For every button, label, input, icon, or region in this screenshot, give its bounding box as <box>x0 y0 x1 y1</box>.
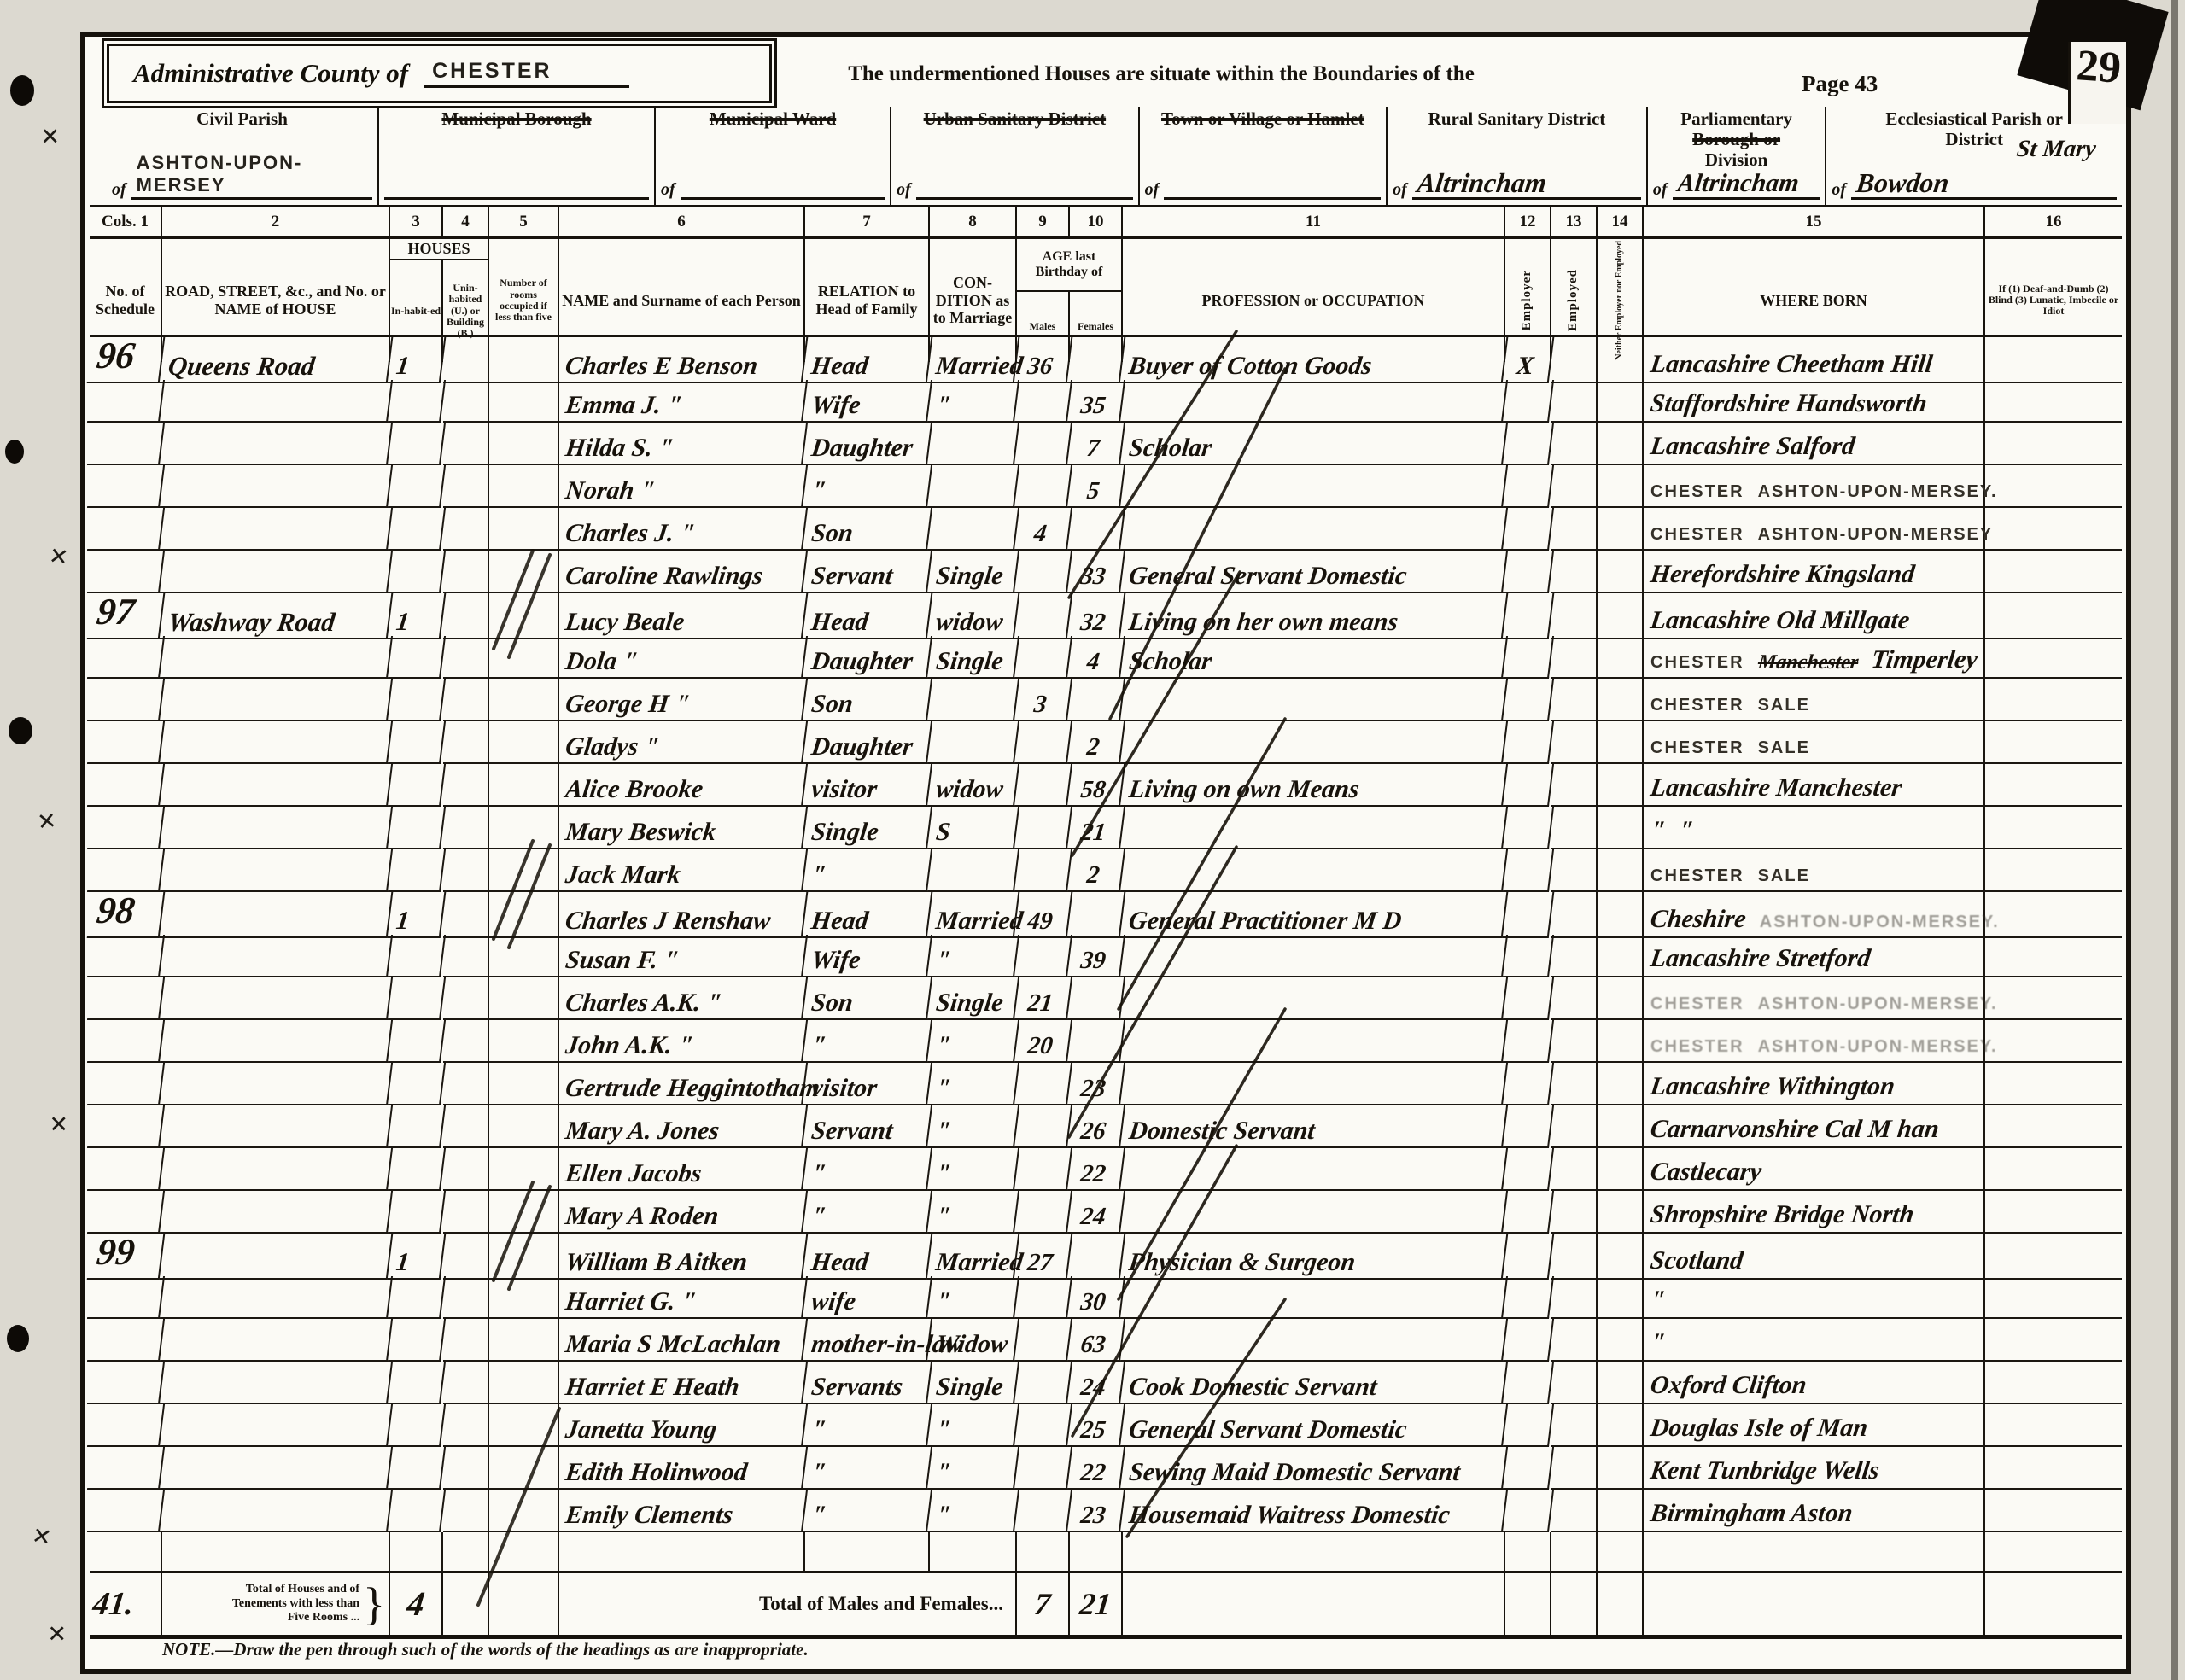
cell-condition: Single <box>927 636 1019 679</box>
cell-where-born: CHESTERASHTON-UPON-MERSEY <box>1644 508 1985 551</box>
cell-occupation: Physician & Surgeon <box>1120 1234 1509 1280</box>
administrative-county-box: Administrative County of CHESTER <box>107 44 772 103</box>
cell-occupation <box>1120 679 1508 721</box>
cell-person-name: Charles E Benson <box>557 337 809 383</box>
cell-inhabited <box>388 423 446 465</box>
cell-age-female <box>1067 1234 1126 1280</box>
cell-infirmities <box>1985 1105 2122 1148</box>
cell-condition: Widow <box>927 1319 1019 1362</box>
table-row: Jack Mark " 2 CHESTERSALE <box>90 849 2122 892</box>
cell-where-born: Lancashire Stretford <box>1644 935 1985 977</box>
ecclesiastical-value: Bowdon <box>1855 169 1950 196</box>
cell-infirmities <box>1985 721 2122 764</box>
cell-schedule-number <box>87 764 165 807</box>
cell-employed <box>1551 1191 1598 1234</box>
cell-relation: " <box>803 1490 932 1532</box>
cell-inhabited <box>388 679 446 721</box>
cell-condition: " <box>927 1148 1019 1191</box>
district-label: Municipal Borough <box>384 108 649 129</box>
cell-neither <box>1598 1234 1644 1280</box>
cell-occupation: General Servant Domestic <box>1120 551 1508 593</box>
cell-schedule-number: 99 <box>87 1234 166 1280</box>
cell-rooms <box>489 423 559 465</box>
cell-rooms <box>489 1191 559 1234</box>
cell-person-name: Charles J. " <box>557 508 808 551</box>
cell-age-male: 49 <box>1014 892 1073 938</box>
cell-inhabited: 1 <box>388 337 447 383</box>
cell-relation: " <box>803 1191 932 1234</box>
cell-employed <box>1551 892 1598 938</box>
cell-inhabited: 1 <box>388 1234 447 1280</box>
cell-where-born: Douglas Isle of Man <box>1644 1404 1985 1447</box>
cell-uninhabited <box>443 1105 489 1148</box>
brace-glyph: } <box>363 1578 385 1630</box>
cell-uninhabited <box>443 1319 489 1362</box>
cell-neither <box>1598 679 1644 721</box>
administrative-county-label: Administrative County of <box>133 58 408 89</box>
cell-age-male <box>1014 593 1073 639</box>
census-table: Cols. 123 456 789 101112 131415 16 No. o… <box>90 205 2122 1639</box>
cell-neither <box>1598 1148 1644 1191</box>
cell-condition <box>927 465 1019 508</box>
cell-person-name: William B Aitken <box>557 1234 809 1280</box>
cell-road-name <box>160 849 393 892</box>
cell-neither <box>1598 721 1644 764</box>
cell-neither <box>1598 1319 1644 1362</box>
males-total: 7 <box>1033 1589 1052 1619</box>
cell-person-name: Edith Holinwood <box>557 1447 808 1490</box>
cell-employer-mark <box>1503 764 1554 807</box>
cell-age-male <box>1014 935 1072 977</box>
cell-employed <box>1551 508 1598 551</box>
cell-road-name <box>160 1319 393 1362</box>
table-row: Janetta Young " " 25 General Servant Dom… <box>90 1404 2122 1447</box>
cell-inhabited <box>388 1020 446 1063</box>
cell-uninhabited <box>443 1234 489 1280</box>
cell-employed <box>1551 721 1598 764</box>
cell-where-born: CHESTERSALE <box>1644 849 1985 892</box>
cell-occupation <box>1120 508 1508 551</box>
cell-rooms <box>489 1020 559 1063</box>
pencil-x-mark: × <box>48 1615 67 1653</box>
cell-employer-mark <box>1503 1191 1554 1234</box>
table-row: Norah " " 5 CHESTERASHTON-UPON-MERSEY. <box>90 465 2122 508</box>
cell-age-female <box>1067 977 1125 1020</box>
cell-uninhabited <box>443 1362 489 1404</box>
totals-row: 41. Total of Houses and of Tenements wit… <box>90 1573 2122 1639</box>
cell-age-female: 23 <box>1067 1490 1125 1532</box>
born-hand-segment: Lancashire Manchester <box>1649 775 1903 801</box>
cell-road-name: Washway Road <box>160 593 394 639</box>
cell-age-male <box>1014 1319 1072 1362</box>
cell-person-name: Harriet E Heath <box>557 1362 808 1404</box>
cell-condition <box>927 849 1019 892</box>
cell-employed <box>1551 977 1598 1020</box>
cell-rooms <box>489 1148 559 1191</box>
cell-employer-mark <box>1503 892 1555 938</box>
cell-neither <box>1598 1191 1644 1234</box>
cell-rooms <box>489 1319 559 1362</box>
born-hand-segment: Herefordshire Kingsland <box>1649 562 1916 587</box>
cell-employer-mark <box>1503 1404 1554 1447</box>
cell-age-female: 39 <box>1067 935 1125 977</box>
cell-employed <box>1551 807 1598 849</box>
table-row: 98 1 Charles J Renshaw Head Married 49 G… <box>90 892 2122 935</box>
cell-relation: Head <box>803 1234 933 1280</box>
cell-relation: Daughter <box>803 636 932 679</box>
district-header-band: Civil Parish of ASHTON-UPON-MERSEY Munic… <box>107 107 2122 205</box>
cell-relation: visitor <box>803 1063 932 1105</box>
cell-person-name: Mary A Roden <box>557 1191 808 1234</box>
cell-rooms <box>489 465 559 508</box>
cell-infirmities <box>1985 1362 2122 1404</box>
district-rural-sanitary: Rural Sanitary District of Altrincham <box>1388 107 1648 205</box>
table-row: Maria S McLachlan mother-in-law Widow 63… <box>90 1319 2122 1362</box>
cell-inhabited <box>388 1063 446 1105</box>
born-hand-segment: Lancashire Salford <box>1649 434 1856 459</box>
cell-relation: Wife <box>803 935 932 977</box>
cell-where-born: CHESTERASHTON-UPON-MERSEY. <box>1644 1020 1985 1063</box>
cell-age-female <box>1067 337 1126 383</box>
left-tally-mark: 41. <box>91 1588 136 1620</box>
cell-relation: Daughter <box>803 423 932 465</box>
footer-note: NOTE.—Draw the pen through such of the w… <box>162 1639 809 1660</box>
born-hand-segment: Lancashire Cheetham Hill <box>1649 352 1934 377</box>
cell-employed <box>1551 1404 1598 1447</box>
cell-employed <box>1551 1234 1598 1280</box>
cell-rooms <box>489 679 559 721</box>
cell-schedule-number <box>87 679 165 721</box>
cell-road-name <box>160 1490 393 1532</box>
cell-employed <box>1551 1148 1598 1191</box>
cell-infirmities <box>1985 337 2122 383</box>
born-hand-segment: Kent Tunbridge Wells <box>1649 1458 1881 1484</box>
cell-rooms <box>489 764 559 807</box>
cell-inhabited <box>388 380 446 423</box>
born-hand-segment: Shropshire Bridge North <box>1649 1202 1915 1228</box>
rural-sanitary-value: Altrincham <box>1416 169 1548 196</box>
cell-neither <box>1598 423 1644 465</box>
cell-uninhabited <box>443 935 489 977</box>
cell-neither <box>1598 1105 1644 1148</box>
cell-person-name: John A.K. " <box>557 1020 808 1063</box>
cell-age-male: 4 <box>1014 508 1072 551</box>
born-hand-segment: Timperley <box>1870 647 1979 673</box>
cell-uninhabited <box>443 593 489 639</box>
cell-age-female: 23 <box>1067 1063 1125 1105</box>
district-label: Civil Parish <box>112 108 372 129</box>
born-stamp-segment: CHESTER <box>1650 525 1744 545</box>
table-row: 96 Queens Road 1 Charles E Benson Head M… <box>90 337 2122 380</box>
district-label: Municipal Ward <box>661 108 885 129</box>
cell-age-male <box>1014 1191 1072 1234</box>
cell-occupation: Cook Domestic Servant <box>1120 1362 1508 1404</box>
cell-age-male <box>1014 380 1072 423</box>
cell-schedule-number <box>87 465 165 508</box>
cell-where-born: " <box>1644 1319 1985 1362</box>
cell-age-male: 21 <box>1014 977 1072 1020</box>
cell-where-born: Oxford Clifton <box>1644 1362 1985 1404</box>
born-stamp-segment: SALE <box>1758 696 1810 715</box>
cell-condition: Single <box>927 551 1019 593</box>
cell-road-name <box>160 1447 393 1490</box>
cell-road-name <box>160 1105 393 1148</box>
cell-infirmities <box>1985 764 2122 807</box>
cell-relation: Servants <box>803 1362 932 1404</box>
cell-neither <box>1598 935 1644 977</box>
born-hand-segment: Birmingham Aston <box>1649 1501 1854 1526</box>
cell-schedule-number: 97 <box>87 593 166 639</box>
born-hand-segment: Lancashire Withington <box>1649 1074 1896 1100</box>
cell-infirmities <box>1985 892 2122 938</box>
cell-occupation <box>1120 1319 1508 1362</box>
houses-total-value: 4 <box>406 1587 427 1621</box>
cell-infirmities <box>1985 380 2122 423</box>
of-word: of <box>661 180 675 200</box>
born-hand-segment: " <box>1677 818 1694 843</box>
cell-person-name: Mary Beswick <box>557 807 808 849</box>
pencil-x-mark: × <box>36 802 58 841</box>
cell-infirmities <box>1985 593 2122 639</box>
table-row: John A.K. " " " 20 CHESTERASHTON-UPON-ME… <box>90 1020 2122 1063</box>
cell-where-born: Lancashire Old Millgate <box>1644 593 1985 639</box>
cell-neither <box>1598 1490 1644 1532</box>
cell-condition: widow <box>927 764 1019 807</box>
cell-infirmities <box>1985 1234 2122 1280</box>
cell-age-female: 26 <box>1067 1105 1125 1148</box>
cell-employed <box>1551 1362 1598 1404</box>
cell-inhabited <box>388 849 446 892</box>
cell-inhabited <box>388 935 446 977</box>
cell-uninhabited <box>443 1063 489 1105</box>
cell-road-name <box>160 1276 393 1319</box>
cell-occupation: Domestic Servant <box>1120 1105 1508 1148</box>
cell-schedule-number <box>87 807 165 849</box>
cell-inhabited <box>388 764 446 807</box>
cell-person-name: Emma J. " <box>557 380 808 423</box>
cell-occupation <box>1120 1063 1508 1105</box>
table-row: Edith Holinwood " " 22 Sewing Maid Domes… <box>90 1447 2122 1490</box>
cell-age-female: 22 <box>1067 1148 1125 1191</box>
cell-employed <box>1551 593 1598 639</box>
cell-age-female: 33 <box>1067 551 1125 593</box>
cell-rooms <box>489 892 559 938</box>
cell-occupation <box>1120 465 1508 508</box>
column-header-row: No. of Schedule ROAD, STREET, &c., and N… <box>90 239 2122 337</box>
cell-occupation <box>1120 807 1508 849</box>
cell-employer-mark <box>1503 977 1554 1020</box>
cell-rooms <box>489 1105 559 1148</box>
cell-infirmities <box>1985 1276 2122 1319</box>
cell-where-born: " <box>1644 1276 1985 1319</box>
cell-condition: widow <box>927 593 1020 639</box>
district-parliamentary: Parliamentary Borough orDivision of Altr… <box>1648 107 1826 205</box>
cell-infirmities <box>1985 977 2122 1020</box>
cell-schedule-number <box>87 849 165 892</box>
cell-person-name: Dola " <box>557 636 808 679</box>
cell-uninhabited <box>443 551 489 593</box>
cell-condition <box>927 679 1019 721</box>
born-stamp-segment: ASHTON-UPON-MERSEY. <box>1758 482 1998 502</box>
cell-where-born: Staffordshire Handsworth <box>1644 380 1985 423</box>
cell-road-name <box>160 1063 393 1105</box>
cell-road-name <box>160 1234 394 1280</box>
cell-employer-mark <box>1503 1105 1554 1148</box>
table-body: 96 Queens Road 1 Charles E Benson Head M… <box>90 337 2122 1532</box>
table-row: Mary A. Jones Servant " 26 Domestic Serv… <box>90 1105 2122 1148</box>
cell-road-name <box>160 423 393 465</box>
of-word: of <box>1145 180 1160 200</box>
born-stamp-segment: CHESTER <box>1650 482 1744 502</box>
cell-age-male <box>1014 1105 1072 1148</box>
cell-person-name: Alice Brooke <box>557 764 808 807</box>
district-label: Rural Sanitary District <box>1393 108 1641 129</box>
cell-schedule-number <box>87 1020 165 1063</box>
cell-road-name <box>160 1020 393 1063</box>
cell-schedule-number <box>87 1319 165 1362</box>
cell-where-born: CHESTERASHTON-UPON-MERSEY. <box>1644 977 1985 1020</box>
district-urban-sanitary: Urban Sanitary District of <box>891 107 1139 205</box>
parliamentary-value: Altrincham <box>1676 171 1800 196</box>
table-row: Gertrude Heggintotham visitor " 23 Lanca… <box>90 1063 2122 1105</box>
males-females-total-label: Total of Males and Females... <box>559 1573 1017 1635</box>
born-stamp-segment: ASHTON-UPON-MERSEY. <box>1758 995 1998 1014</box>
cell-schedule-number <box>87 1404 165 1447</box>
district-municipal-borough: Municipal Borough <box>379 107 656 205</box>
cell-person-name: Charles J Renshaw <box>557 892 809 938</box>
cell-infirmities <box>1985 1148 2122 1191</box>
cell-employed <box>1551 1276 1598 1319</box>
cell-schedule-number <box>87 636 165 679</box>
cell-occupation <box>1120 721 1508 764</box>
table-row: Mary A Roden " " 24 Shropshire Bridge No… <box>90 1191 2122 1234</box>
cell-employed <box>1551 849 1598 892</box>
cell-neither <box>1598 764 1644 807</box>
cell-age-female: 21 <box>1067 807 1125 849</box>
cell-age-male: 27 <box>1014 1234 1073 1280</box>
cell-employer-mark <box>1503 1447 1554 1490</box>
born-hand-segment: Douglas Isle of Man <box>1649 1415 1869 1441</box>
cell-age-male <box>1014 721 1072 764</box>
cell-road-name <box>160 1191 393 1234</box>
cell-employer-mark <box>1503 423 1554 465</box>
cell-schedule-number <box>87 423 165 465</box>
cell-age-female <box>1067 508 1125 551</box>
cell-employer-mark <box>1503 551 1554 593</box>
cell-employer-mark <box>1503 935 1554 977</box>
cell-person-name: Susan F. " <box>557 935 808 977</box>
cell-neither <box>1598 977 1644 1020</box>
born-hand-segment: " <box>1649 1287 1666 1313</box>
cell-relation: Servant <box>803 551 932 593</box>
cell-schedule-number <box>87 380 165 423</box>
census-page: Administrative County of CHESTER The und… <box>81 32 2130 1673</box>
cell-infirmities <box>1985 935 2122 977</box>
cell-employed <box>1551 1020 1598 1063</box>
cell-age-male <box>1014 423 1072 465</box>
cell-uninhabited <box>443 1276 489 1319</box>
cell-rooms <box>489 807 559 849</box>
cell-rooms <box>489 551 559 593</box>
cell-infirmities <box>1985 1319 2122 1362</box>
cell-infirmities <box>1985 508 2122 551</box>
cell-inhabited <box>388 636 446 679</box>
cell-inhabited <box>388 1404 446 1447</box>
cell-rooms <box>489 1404 559 1447</box>
cell-employer-mark <box>1503 849 1554 892</box>
cell-rooms <box>489 380 559 423</box>
born-hand-segment: Carnarvonshire Cal M han <box>1649 1117 1940 1142</box>
cell-inhabited <box>388 1362 446 1404</box>
cell-infirmities <box>1985 1404 2122 1447</box>
page-number: Page 43 <box>1802 71 1878 97</box>
cell-relation: Daughter <box>803 721 932 764</box>
born-stamp-segment: ASHTON-UPON-MERSEY. <box>1758 1037 1998 1057</box>
cell-infirmities <box>1985 465 2122 508</box>
cell-road-name <box>160 508 393 551</box>
cell-uninhabited <box>443 977 489 1020</box>
cell-relation: Head <box>803 593 933 639</box>
cell-occupation: General Practitioner M D <box>1120 892 1509 938</box>
cell-age-male <box>1014 1148 1072 1191</box>
cell-where-born: CHESTERSALE <box>1644 679 1985 721</box>
cell-inhabited <box>388 1105 446 1148</box>
cell-condition: " <box>927 1063 1019 1105</box>
cell-relation: " <box>803 465 932 508</box>
born-stamp-segment: SALE <box>1758 866 1810 886</box>
cell-neither <box>1598 465 1644 508</box>
cell-neither <box>1598 892 1644 938</box>
cell-road-name <box>160 807 393 849</box>
corner-stamp-number: 29 <box>2075 40 2123 93</box>
cell-rooms <box>489 636 559 679</box>
cell-road-name <box>160 977 393 1020</box>
cell-neither <box>1598 380 1644 423</box>
born-hand-segment: " <box>1649 1330 1666 1356</box>
of-word: of <box>1832 180 1846 200</box>
cell-person-name: Emily Clements <box>557 1490 808 1532</box>
cell-uninhabited <box>443 1020 489 1063</box>
cell-age-male <box>1014 764 1072 807</box>
cell-where-born: Castlecary <box>1644 1148 1985 1191</box>
cell-inhabited <box>388 977 446 1020</box>
cell-age-female: 32 <box>1067 593 1126 639</box>
cell-schedule-number: 98 <box>87 892 166 938</box>
cell-uninhabited <box>443 679 489 721</box>
cell-age-female: 58 <box>1067 764 1125 807</box>
cell-person-name: Charles A.K. " <box>557 977 808 1020</box>
cell-employer-mark <box>1503 1148 1554 1191</box>
cell-condition: " <box>927 1191 1019 1234</box>
cell-employed <box>1551 1063 1598 1105</box>
cell-road-name <box>160 380 393 423</box>
cell-employed <box>1551 465 1598 508</box>
table-row: Harriet G. " wife " 30 " <box>90 1276 2122 1319</box>
cell-occupation <box>1120 1148 1508 1191</box>
cell-where-born: CheshireASHTON-UPON-MERSEY. <box>1644 892 1985 938</box>
cell-employer-mark <box>1503 721 1554 764</box>
cell-occupation: Scholar <box>1120 636 1508 679</box>
cell-uninhabited <box>443 1191 489 1234</box>
table-row: 97 Washway Road 1 Lucy Beale Head widow … <box>90 593 2122 636</box>
cell-occupation <box>1120 977 1508 1020</box>
cell-condition: " <box>927 1490 1019 1532</box>
cell-where-born: Lancashire Cheetham Hill <box>1644 337 1985 383</box>
cell-rooms <box>489 337 559 383</box>
cell-occupation <box>1120 849 1508 892</box>
cell-condition: " <box>927 935 1019 977</box>
cell-employed <box>1551 679 1598 721</box>
